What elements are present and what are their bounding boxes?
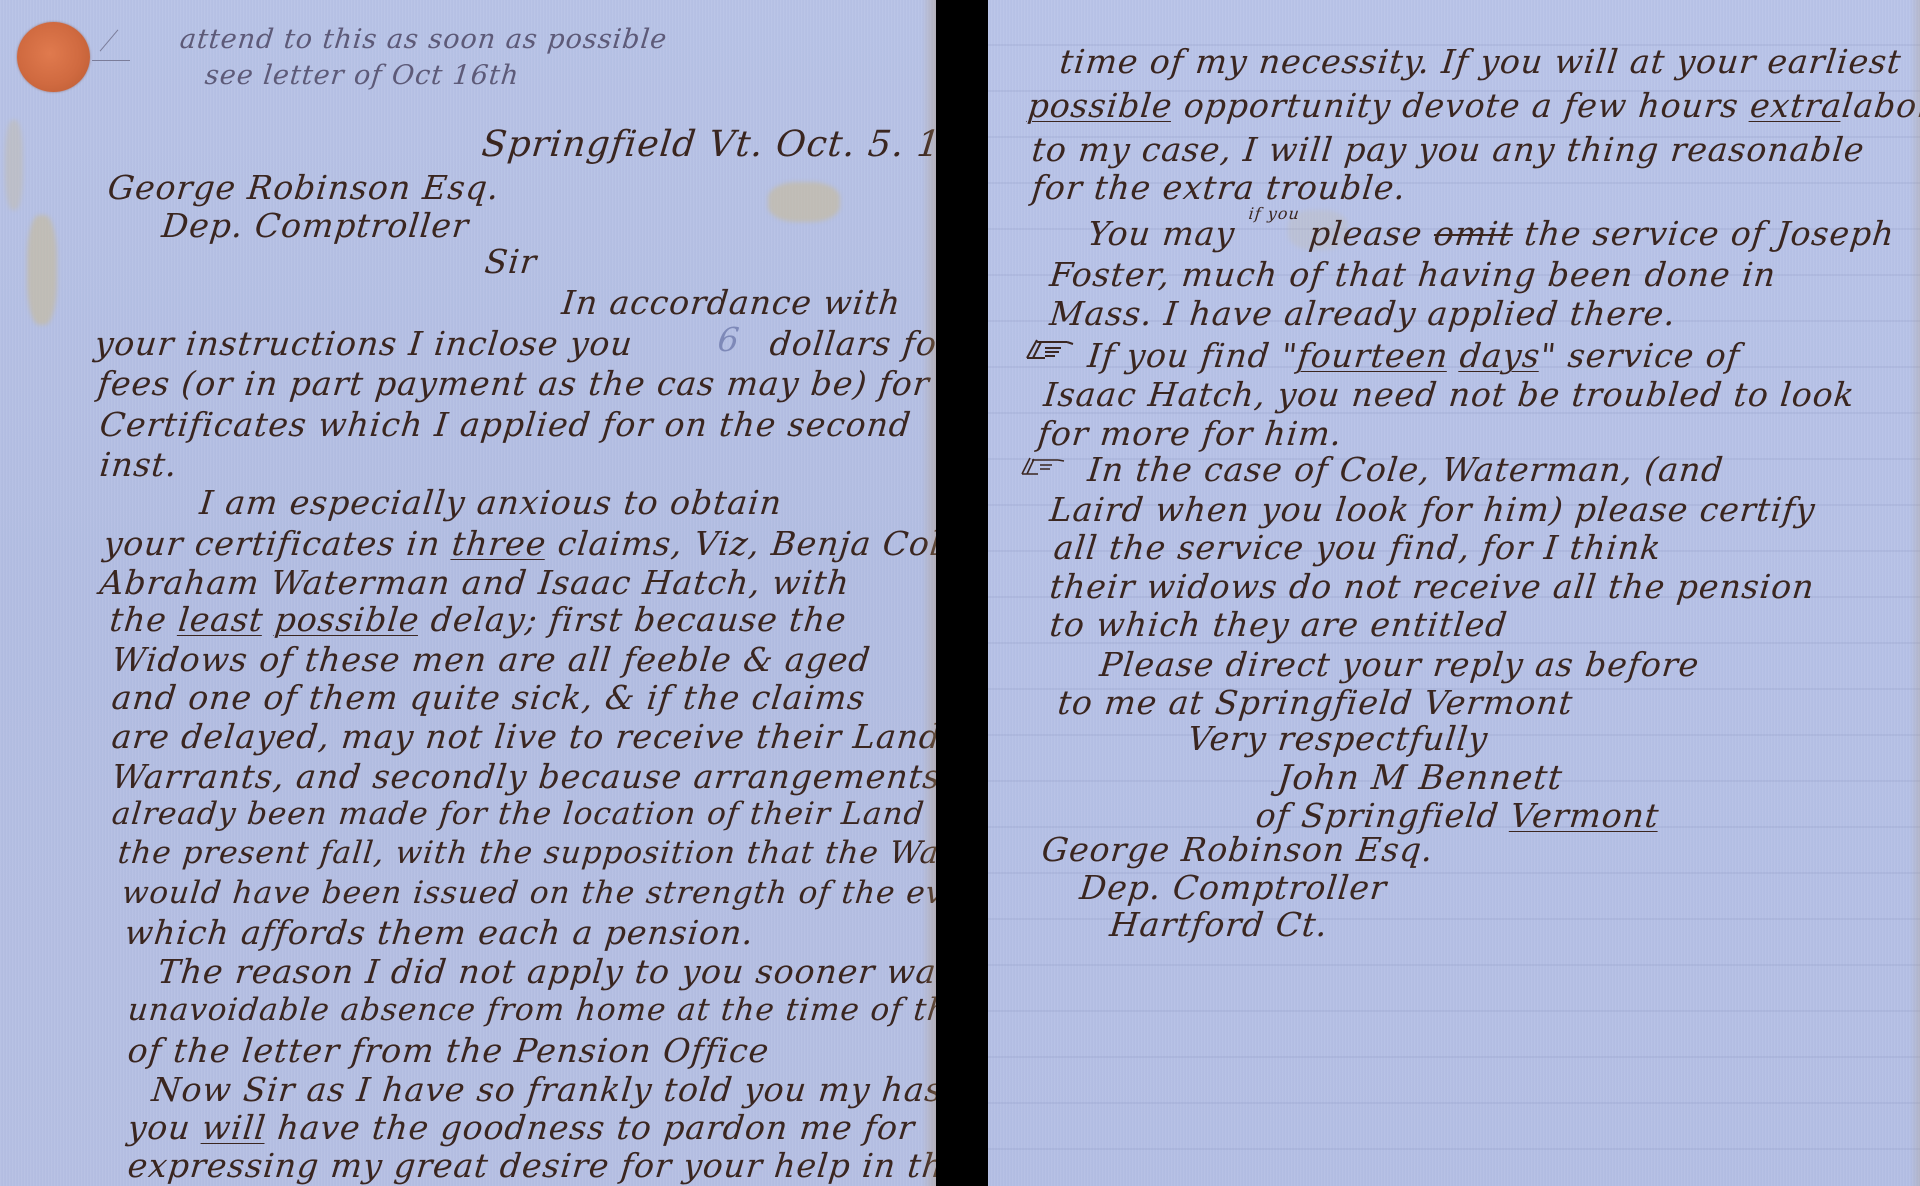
text-run: please: [1307, 214, 1424, 253]
letter-line: possible opportunity devote a few hours …: [1026, 86, 1920, 125]
underlined-word: will: [200, 1108, 268, 1147]
salutation: Sir: [483, 242, 539, 281]
letter-line: time of my necessity. If you will at you…: [1058, 42, 1904, 81]
stain: [768, 182, 840, 222]
letter-line: to which they are entitled: [1048, 605, 1510, 644]
pencil-annotation: attend to this as soon as possible: [178, 24, 668, 55]
insertion-text: if you: [1248, 204, 1301, 223]
letter-line: would have been issued on the strength o…: [120, 875, 936, 911]
wax-seal: [17, 22, 90, 92]
letter-line: expressing my great desire for your help…: [126, 1146, 936, 1185]
text-run: the service of Joseph: [1523, 214, 1897, 253]
letter-line: are delayed, may not live to receive the…: [110, 717, 936, 756]
text-run: You may: [1086, 214, 1237, 253]
letter-line: and one of them quite sick, & if the cla…: [110, 678, 867, 717]
pencil-mark: [100, 29, 119, 51]
pencil-mark: [92, 60, 130, 61]
addressee-title: Dep. Comptroller: [160, 206, 471, 245]
letter-line: your instructions I inclose you: [93, 324, 635, 363]
letter-line: the present fall, with the supposition t…: [116, 835, 936, 871]
address-title: Dep. Comptroller: [1078, 868, 1389, 907]
text-run: If you find ": [1086, 336, 1300, 375]
dateline: Springfield Vt. Oct. 5. 1855: [480, 124, 936, 165]
letter-line: their widows do not receive all the pens…: [1048, 567, 1817, 606]
closing: Very respectfully: [1186, 719, 1490, 758]
letter-line: You may if you please omit the service o…: [1086, 214, 1897, 253]
addressee-name: George Robinson Esq.: [106, 168, 502, 207]
letter-line: already been made for the location of th…: [110, 796, 936, 832]
letter-line: your certificates in three claims, Viz, …: [102, 524, 936, 563]
letter-page-right: time of my necessity. If you will at you…: [988, 0, 1920, 1186]
letter-line: Foster, much of that having been done in: [1048, 255, 1778, 294]
signature-name: John M Bennett: [1276, 758, 1565, 798]
letter-line: to me at Springfield Vermont: [1056, 683, 1575, 722]
letter-line: Mass. I have already applied there.: [1048, 294, 1678, 333]
letter-line: you will have the goodness to pardon me …: [126, 1108, 917, 1147]
address-name: George Robinson Esq.: [1040, 830, 1436, 869]
pencil-annotation: see letter of Oct 16th: [203, 60, 521, 91]
text-run: " service of: [1538, 336, 1742, 375]
letter-line: In the case of Cole, Waterman, (and: [1086, 450, 1726, 489]
underlined-word: fourteen: [1296, 336, 1451, 375]
letter-line: unavoidable absence from home at the tim…: [126, 992, 936, 1028]
letter-line: inst.: [98, 445, 180, 484]
letter-line: for more for him.: [1036, 414, 1344, 453]
underlined-word: possible: [1026, 86, 1175, 125]
text-run: have the goodness to pardon me for: [276, 1108, 917, 1147]
letter-line: of the letter from the Pension Office: [126, 1031, 771, 1070]
letter-page-left: attend to this as soon as possible see l…: [0, 0, 936, 1186]
letter-line: dollars for: [768, 324, 936, 363]
underlined-word: three: [450, 524, 548, 563]
pointing-hand-icon: [1018, 452, 1070, 478]
letter-line: The reason I did not apply to you sooner…: [156, 952, 936, 991]
letter-line: In accordance with: [560, 283, 903, 322]
struck-word: omit: [1432, 214, 1515, 253]
text-run: labor: [1840, 86, 1920, 125]
letter-line: Warrants, and secondly because arrangeme…: [110, 757, 936, 796]
text-run: delay; first because the: [429, 600, 849, 639]
underlined-word: possible: [273, 600, 422, 639]
amount-figure: 6: [716, 320, 742, 359]
letter-line: Isaac Hatch, you need not be troubled to…: [1042, 375, 1857, 414]
text-run: the: [108, 600, 169, 639]
letter-line: all the service you find, for I think: [1052, 528, 1663, 567]
underlined-word: Vermont: [1508, 796, 1661, 835]
letter-line: Widows of these men are all feeble & age…: [110, 640, 873, 679]
letter-line: I am especially anxious to obtain: [198, 483, 784, 522]
text-run: you: [126, 1108, 193, 1147]
address-city: Hartford Ct.: [1108, 905, 1330, 944]
letter-line: the least possible delay; first because …: [108, 600, 849, 639]
stain: [27, 215, 57, 325]
letter-line: Now Sir as I have so frankly told you my…: [150, 1070, 936, 1109]
letter-line: If you find "fourteen days" service of: [1086, 336, 1742, 375]
text-run: claims, Viz, Benja Cole: [556, 524, 936, 563]
letter-line: which affords them each a pension.: [123, 913, 756, 952]
text-run: your certificates in: [102, 524, 443, 563]
letter-line: to my case, I will pay you any thing rea…: [1030, 130, 1867, 169]
letter-line: Please direct your reply as before: [1098, 645, 1702, 684]
letter-line: fees (or in part payment as the cas may …: [96, 364, 932, 403]
letter-line: Certificates which I applied for on the …: [98, 405, 913, 444]
letter-line: Laird when you look for him) please cert…: [1048, 490, 1818, 529]
pointing-hand-icon: [1023, 336, 1075, 362]
letter-line: for the extra trouble.: [1030, 168, 1408, 207]
letter-line: Abraham Waterman and Isaac Hatch, with: [98, 563, 852, 602]
underlined-word: least: [176, 600, 265, 639]
underlined-word: extra: [1748, 86, 1844, 125]
page-gutter: [936, 0, 988, 1186]
stain: [5, 120, 23, 210]
underlined-word: days: [1458, 336, 1542, 375]
text-run: opportunity devote a few hours: [1182, 86, 1741, 125]
